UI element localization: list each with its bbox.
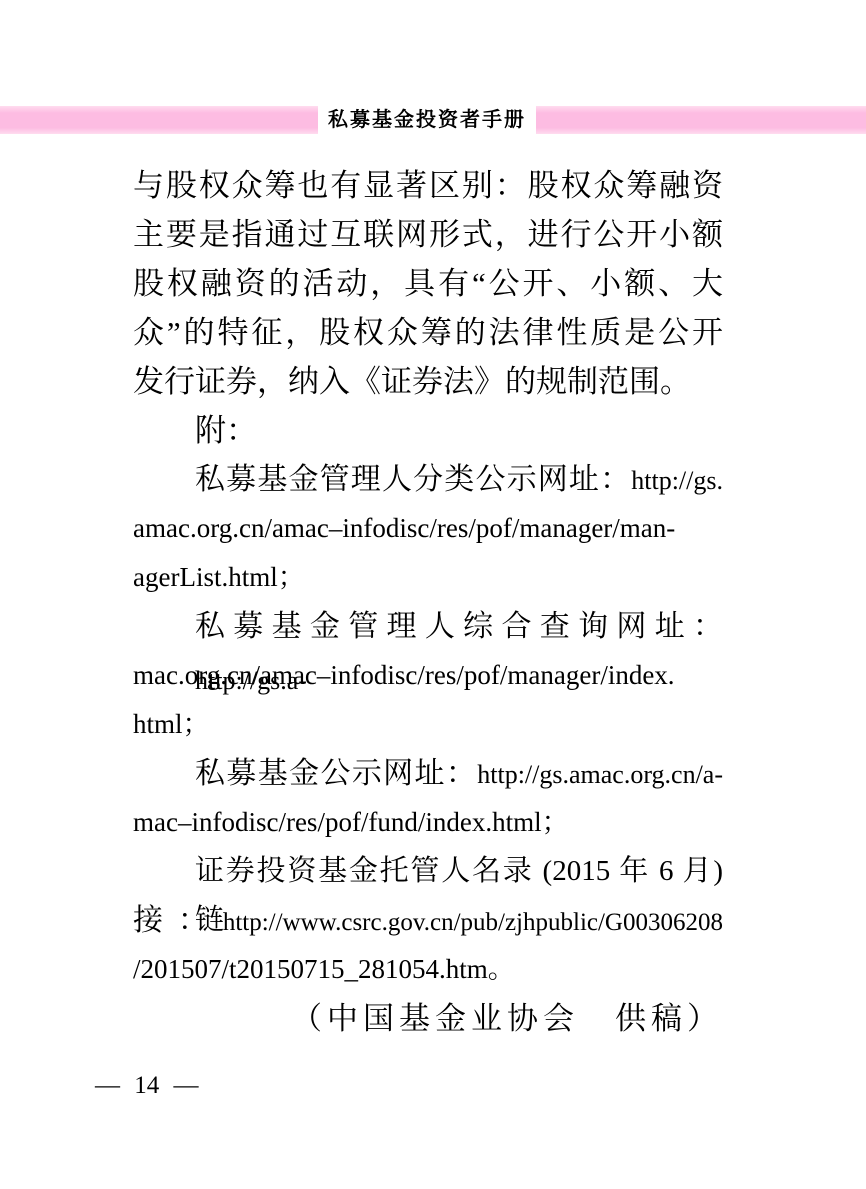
text-line-url-entry: 接：http://www.csrc.gov.cn/pub/zjhpublic/G… bbox=[133, 896, 723, 945]
text-line-url-entry: 私募基金管理人分类公示网址：http://gs. bbox=[133, 455, 723, 504]
url-text-line: html； bbox=[133, 700, 723, 749]
body-text: 与股权众筹也有显著区别：股权众筹融资 主要是指通过互联网形式，进行公开小额 股权… bbox=[133, 161, 723, 1043]
url-text-line: mac–infodisc/res/pof/fund/index.html； bbox=[133, 798, 723, 847]
url-entry-label: 接： bbox=[133, 904, 223, 937]
url-text: http://gs.amac.org.cn/a- bbox=[477, 760, 723, 789]
url-text-line: /201507/t20150715_281054.htm。 bbox=[133, 945, 723, 994]
text-line-url-entry: 私募基金管理人综合查询网址：http://gs.a- bbox=[133, 602, 723, 651]
text-line-url-entry: 私募基金公示网址：http://gs.amac.org.cn/a- bbox=[133, 749, 723, 798]
page-number: — 14 — bbox=[95, 1066, 199, 1106]
book-page: 私募基金投资者手册 与股权众筹也有显著区别：股权众筹融资 主要是指通过互联网形式… bbox=[0, 0, 866, 1189]
page-header-title: 私募基金投资者手册 bbox=[328, 106, 526, 134]
header-decorative-bar-left bbox=[0, 106, 318, 134]
attribution-line: （中国基金业协会 供稿） bbox=[133, 994, 723, 1043]
text-line: 发行证券，纳入《证券法》的规制范围。 bbox=[133, 357, 723, 406]
text-line: 股权融资的活动，具有“公开、小额、大 bbox=[133, 259, 723, 308]
url-entry-label: 私募基金管理人综合查询网址： bbox=[195, 610, 723, 643]
page-header: 私募基金投资者手册 bbox=[0, 106, 866, 134]
url-text-line: amac.org.cn/amac–infodisc/res/pof/manage… bbox=[133, 504, 723, 553]
text-line: 主要是指通过互联网形式，进行公开小额 bbox=[133, 210, 723, 259]
text-line-appendix-label: 附： bbox=[133, 406, 723, 455]
url-text: http://gs. bbox=[631, 466, 723, 495]
text-line: 证券投资基金托管人名录 (2015 年 6 月) 链 bbox=[133, 847, 723, 896]
url-text-line: mac.org.cn/amac–infodisc/res/pof/manager… bbox=[133, 651, 723, 700]
text-line: 众”的特征，股权众筹的法律性质是公开 bbox=[133, 308, 723, 357]
url-text-line: agerList.html； bbox=[133, 553, 723, 602]
url-text: http://www.csrc.gov.cn/pub/zjhpublic/G00… bbox=[223, 909, 723, 936]
header-decorative-bar-right bbox=[536, 106, 866, 134]
url-entry-label: 私募基金公示网址： bbox=[195, 757, 477, 790]
url-entry-label: 私募基金管理人分类公示网址： bbox=[195, 463, 631, 496]
text-line: 与股权众筹也有显著区别：股权众筹融资 bbox=[133, 161, 723, 210]
